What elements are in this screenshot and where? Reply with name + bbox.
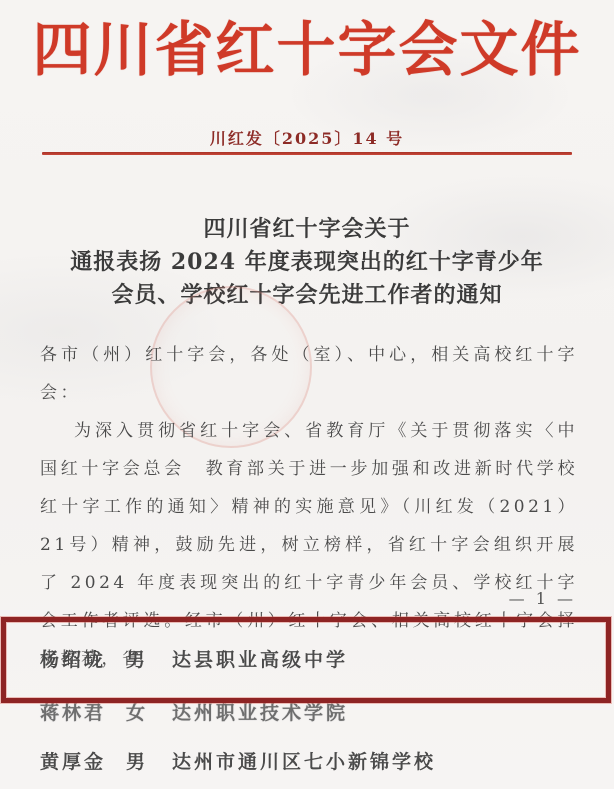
document-title-line-3: 会员、学校红十字会先进工作者的通知: [20, 279, 594, 312]
salutation-line: 各市（州）红十字会，各处（室）、中心，相关高校红十字会：: [40, 336, 578, 412]
awardee-name: 黄厚金: [40, 747, 106, 774]
document-title: 四川省红十字会关于 通报表扬 2024 年度表现突出的红十字青少年 会员、学校红…: [20, 213, 594, 312]
awardee-school: 达州市通川区七小新锦学校: [172, 747, 436, 774]
document-header-title: 四川省红十字会文件: [0, 2, 614, 87]
document-title-line-1: 四川省红十字会关于: [20, 213, 594, 246]
awardee-row: 黄厚金 男 达州市通川区七小新锦学校: [40, 747, 436, 774]
red-highlight-box: [1, 617, 611, 703]
awardee-gender: 男: [126, 747, 148, 774]
document-title-line-2: 通报表扬 2024 年度表现突出的红十字青少年: [20, 246, 594, 279]
document-number: 川红发〔2025〕14 号: [0, 126, 614, 149]
red-divider-rule: [42, 152, 572, 155]
page-number: — 1 —: [509, 589, 576, 608]
document-page: 四川省红十字会文件 川红发〔2025〕14 号 四川省红十字会关于 通报表扬 2…: [0, 0, 614, 789]
